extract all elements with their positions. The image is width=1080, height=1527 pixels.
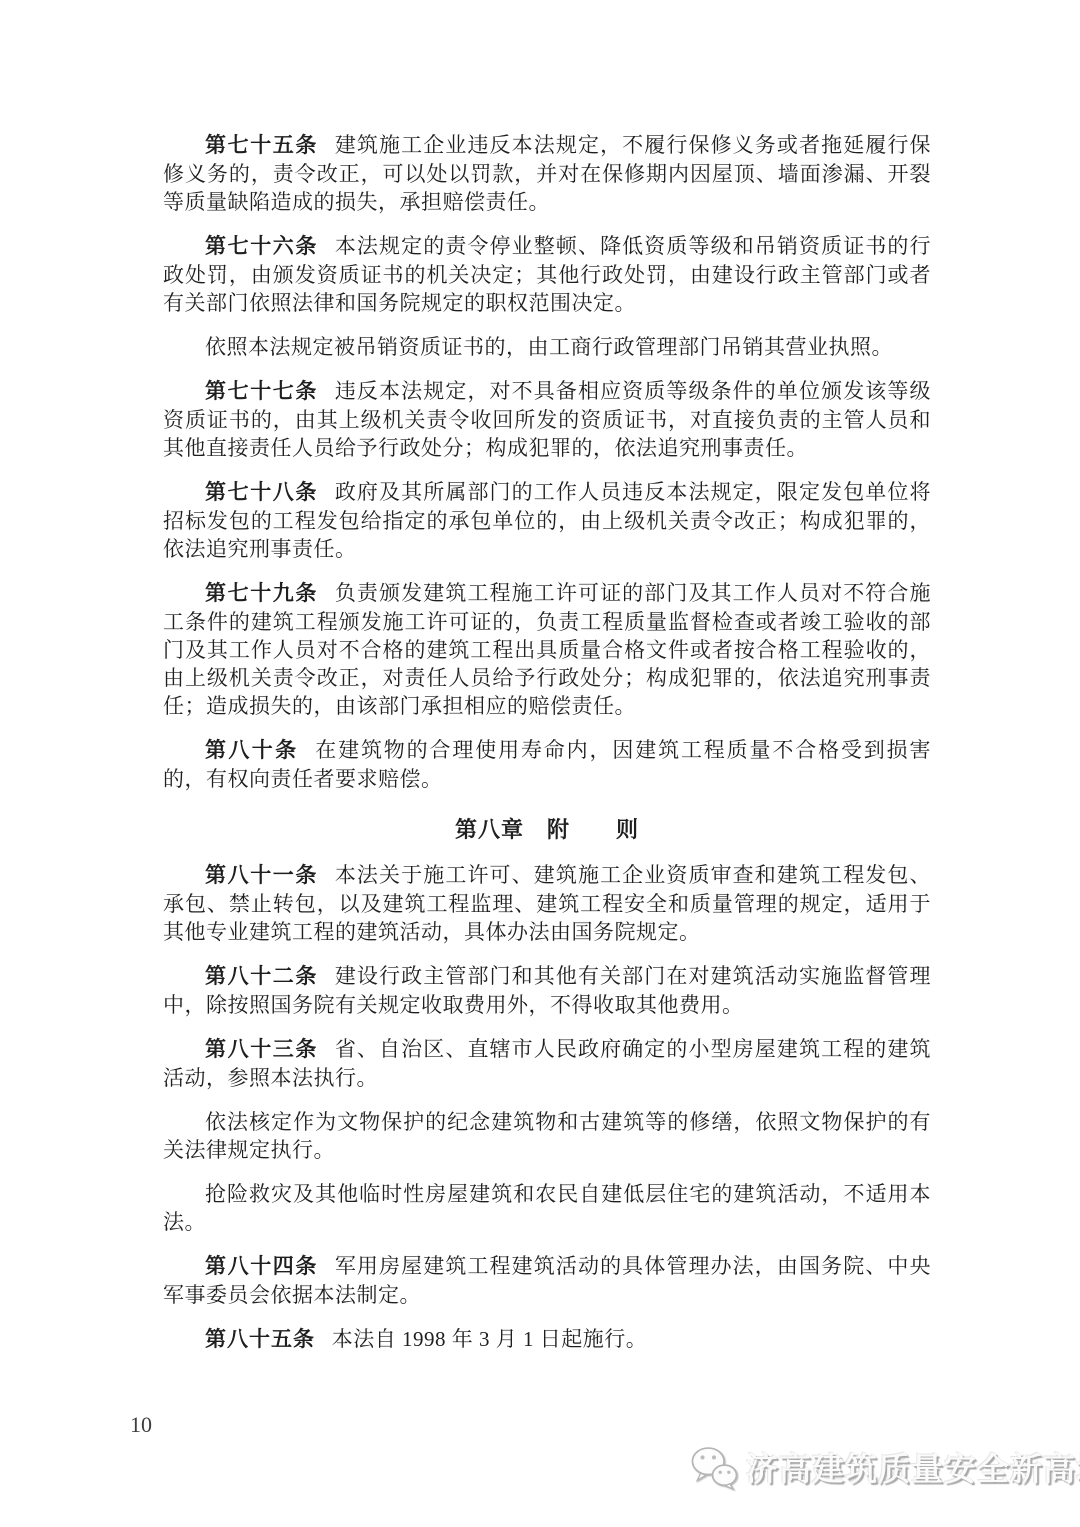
article-76-number: 第七十六条	[205, 235, 318, 258]
article-85-text: 本法自 1998 年 3 月 1 日起施行。	[332, 1327, 648, 1351]
paragraph-article-81: 第八十一条本法关于施工许可、建筑施工企业资质审查和建筑工程发包、承包、禁止转包，…	[163, 861, 931, 946]
article-83-continuation-1-text: 依法核定作为文物保护的纪念建筑物和古建筑等的修缮，依照文物保护的有关法律规定执行…	[163, 1110, 931, 1162]
paragraph-article-85: 第八十五条本法自 1998 年 3 月 1 日起施行。	[163, 1325, 931, 1354]
article-75-number: 第七十五条	[205, 134, 318, 157]
paragraph-article-77: 第七十七条违反本法规定，对不具备相应资质等级条件的单位颁发该等级资质证书的，由其…	[163, 377, 931, 462]
watermark-text: 济高建筑质量安全新高地	[746, 1444, 1080, 1490]
article-85-number: 第八十五条	[205, 1328, 315, 1351]
article-80-number: 第八十条	[205, 739, 298, 762]
paragraph-article-79: 第七十九条负责颁发建筑工程施工许可证的部门及其工作人员对不符合施工条件的建筑工程…	[163, 579, 931, 720]
paragraph-article-84: 第八十四条军用房屋建筑工程建筑活动的具体管理办法，由国务院、中央军事委员会依据本…	[163, 1252, 931, 1309]
article-82-number: 第八十二条	[205, 965, 318, 988]
document-body: 第七十五条建筑施工企业违反本法规定，不履行保修义务或者拖延履行保修义务的，责令改…	[163, 131, 931, 1354]
article-78-number: 第七十八条	[205, 481, 318, 504]
wechat-icon	[690, 1445, 738, 1490]
chapter-heading: 第八章 附 则	[163, 815, 931, 845]
paragraph-article-82: 第八十二条建设行政主管部门和其他有关部门在对建筑活动实施监督管理中，除按照国务院…	[163, 962, 931, 1019]
article-83-continuation-2-text: 抢险救灾及其他临时性房屋建筑和农民自建低层住宅的建筑活动，不适用本法。	[163, 1182, 931, 1234]
paragraph-article-83-continuation-1: 依法核定作为文物保护的纪念建筑物和古建筑等的修缮，依照文物保护的有关法律规定执行…	[163, 1108, 931, 1164]
article-76-continuation-text: 依照本法规定被吊销资质证书的，由工商行政管理部门吊销其营业执照。	[205, 335, 893, 359]
paragraph-article-83: 第八十三条省、自治区、直辖市人民政府确定的小型房屋建筑工程的建筑活动，参照本法执…	[163, 1035, 931, 1092]
paragraph-article-78: 第七十八条政府及其所属部门的工作人员违反本法规定，限定发包单位将招标发包的工程发…	[163, 478, 931, 563]
article-84-number: 第八十四条	[205, 1255, 318, 1278]
paragraph-article-76-continuation: 依照本法规定被吊销资质证书的，由工商行政管理部门吊销其营业执照。	[163, 333, 931, 361]
article-77-number: 第七十七条	[205, 380, 318, 403]
paragraph-article-76: 第七十六条本法规定的责令停业整顿、降低资质等级和吊销资质证书的行政处罚，由颁发资…	[163, 232, 931, 317]
article-79-number: 第七十九条	[205, 582, 318, 605]
document-page: 第七十五条建筑施工企业违反本法规定，不履行保修义务或者拖延履行保修义务的，责令改…	[0, 0, 1080, 1527]
article-81-number: 第八十一条	[205, 864, 318, 887]
page-number: 10	[130, 1412, 152, 1438]
paragraph-article-83-continuation-2: 抢险救灾及其他临时性房屋建筑和农民自建低层住宅的建筑活动，不适用本法。	[163, 1180, 931, 1236]
paragraph-article-75: 第七十五条建筑施工企业违反本法规定，不履行保修义务或者拖延履行保修义务的，责令改…	[163, 131, 931, 216]
watermark: 济高建筑质量安全新高地	[690, 1444, 1080, 1490]
article-83-number: 第八十三条	[205, 1038, 318, 1061]
paragraph-article-80: 第八十条在建筑物的合理使用寿命内，因建筑工程质量不合格受到损害的，有权向责任者要…	[163, 736, 931, 793]
